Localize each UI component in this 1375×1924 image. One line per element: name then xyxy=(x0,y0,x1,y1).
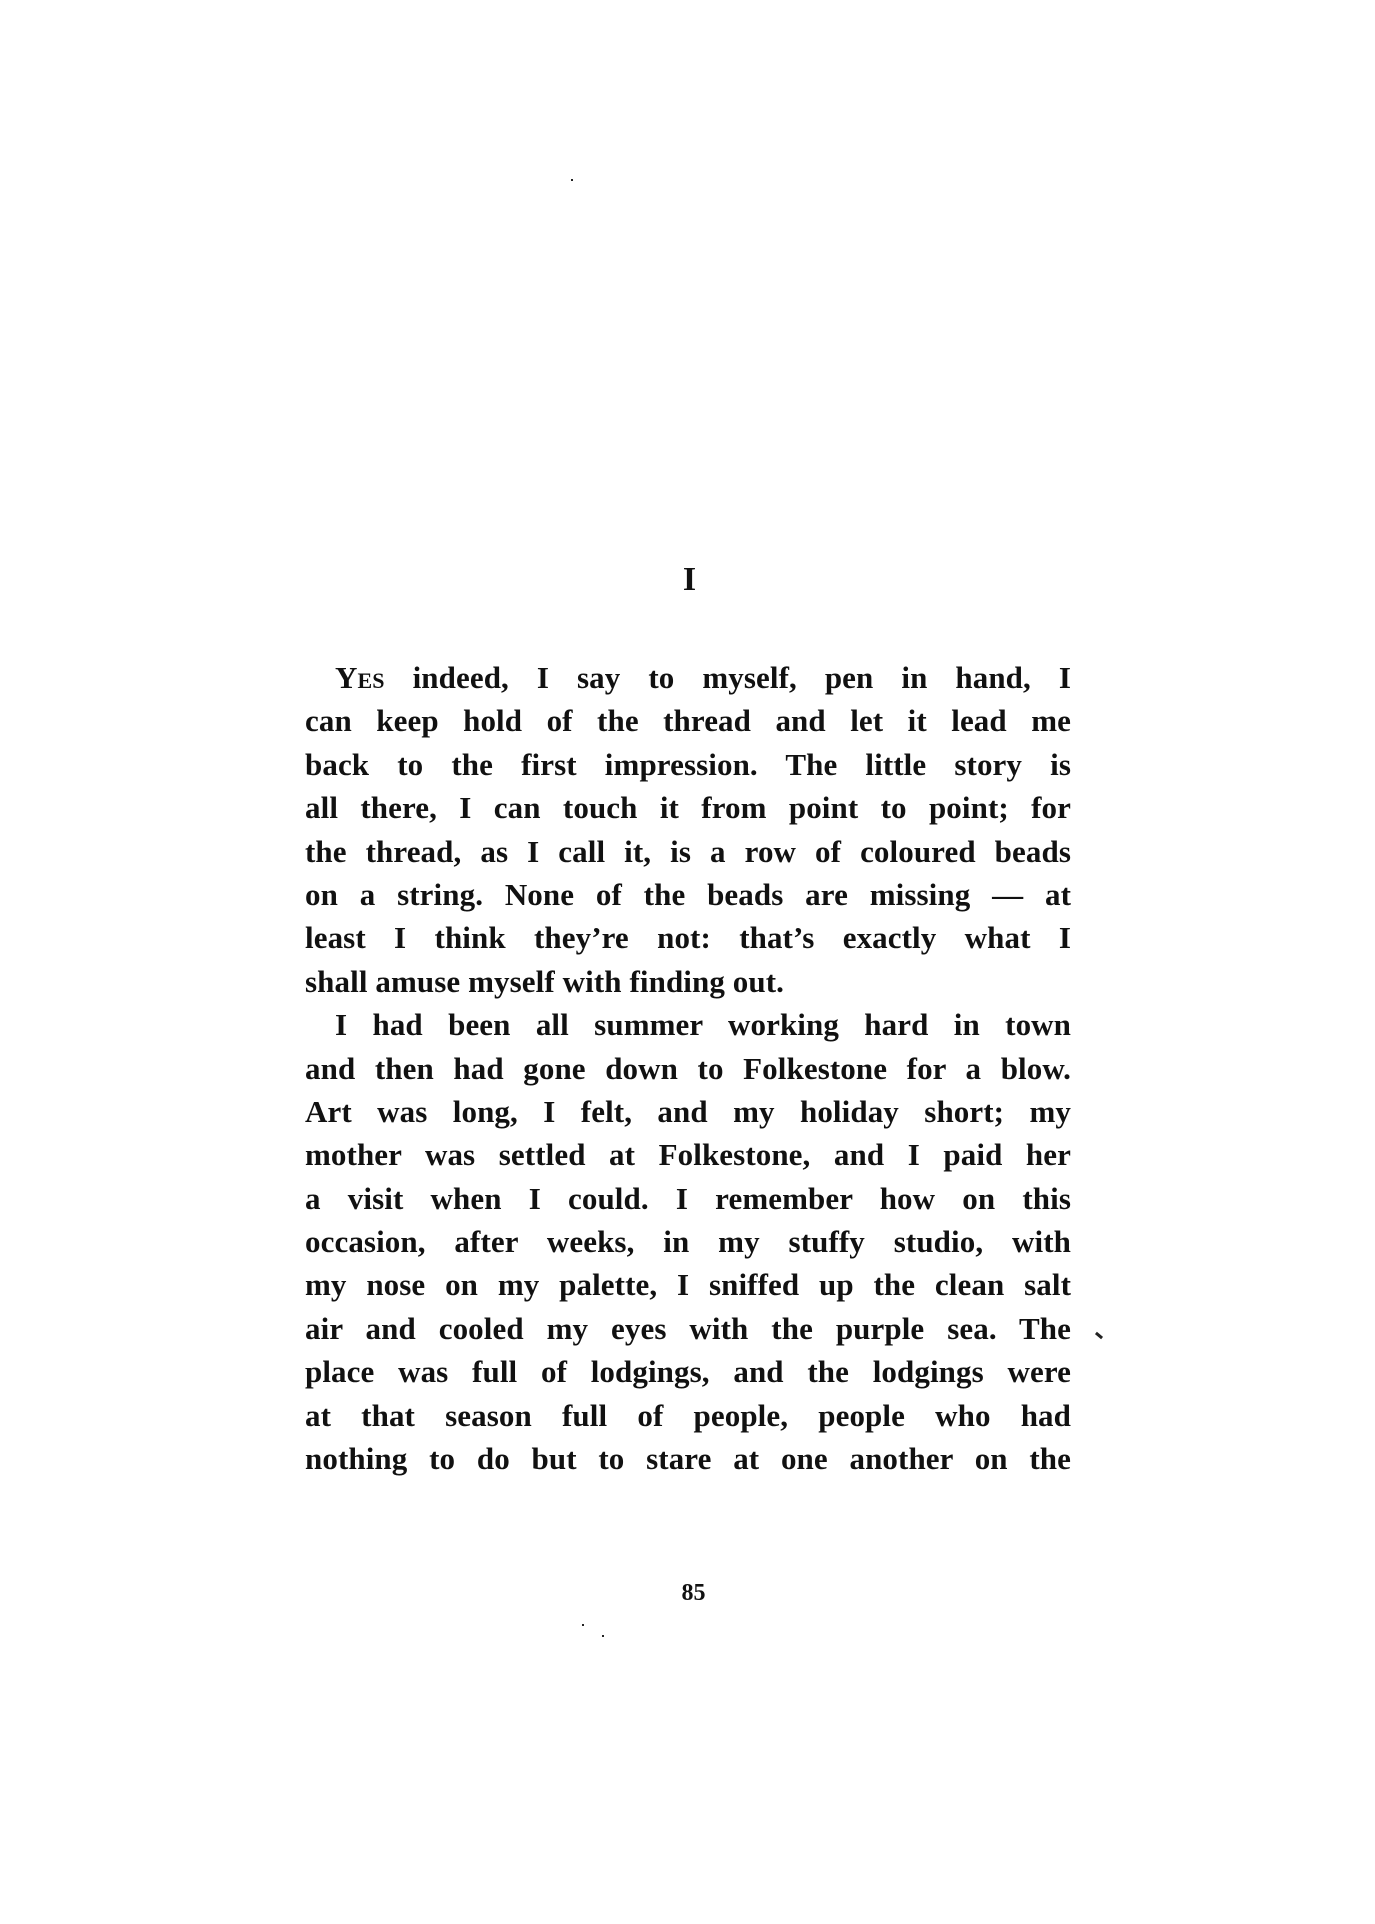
text-line: shall amuse myself with finding out. xyxy=(305,960,1071,1003)
scan-speck xyxy=(582,1624,584,1626)
scan-mark xyxy=(1095,1332,1103,1339)
text-line-content: indeed, I say to myself, pen in hand, I xyxy=(385,660,1071,695)
text-line: all there, I can touch it from point to … xyxy=(305,786,1071,829)
paragraph-2: I had been all summer working hard in to… xyxy=(305,1003,1071,1480)
text-line: least I think they’re not: that’s exactl… xyxy=(305,916,1071,959)
scan-speck xyxy=(602,1635,604,1637)
text-line: on a string. None of the beads are missi… xyxy=(305,873,1071,916)
text-line: nothing to do but to stare at one anothe… xyxy=(305,1437,1071,1480)
body-text: Yes indeed, I say to myself, pen in hand… xyxy=(305,656,1071,1480)
scan-speck xyxy=(571,179,573,181)
text-line: air and cooled my eyes with the purple s… xyxy=(305,1307,1071,1350)
text-line: my nose on my palette, I sniffed up the … xyxy=(305,1263,1071,1306)
text-line: can keep hold of the thread and let it l… xyxy=(305,699,1071,742)
text-line: at that season full of people, people wh… xyxy=(305,1394,1071,1437)
text-line: mother was settled at Folkestone, and I … xyxy=(305,1133,1071,1176)
text-line: back to the first impression. The little… xyxy=(305,743,1071,786)
text-line: I had been all summer working hard in to… xyxy=(305,1003,1071,1046)
text-line: Yes indeed, I say to myself, pen in hand… xyxy=(305,656,1071,699)
text-line: a visit when I could. I remember how on … xyxy=(305,1177,1071,1220)
text-line: the thread, as I call it, is a row of co… xyxy=(305,830,1071,873)
text-line: Art was long, I felt, and my holiday sho… xyxy=(305,1090,1071,1133)
text-line: and then had gone down to Folkestone for… xyxy=(305,1047,1071,1090)
page-number: 85 xyxy=(0,1578,1375,1608)
text-line: occasion, after weeks, in my stuffy stud… xyxy=(305,1220,1071,1263)
paragraph-1: Yes indeed, I say to myself, pen in hand… xyxy=(305,656,1071,1003)
book-page: I Yes indeed, I say to myself, pen in ha… xyxy=(0,0,1375,1924)
text-line: place was full of lodgings, and the lodg… xyxy=(305,1350,1071,1393)
chapter-number: I xyxy=(0,560,1375,600)
drop-smallcaps-word: Yes xyxy=(335,660,385,695)
